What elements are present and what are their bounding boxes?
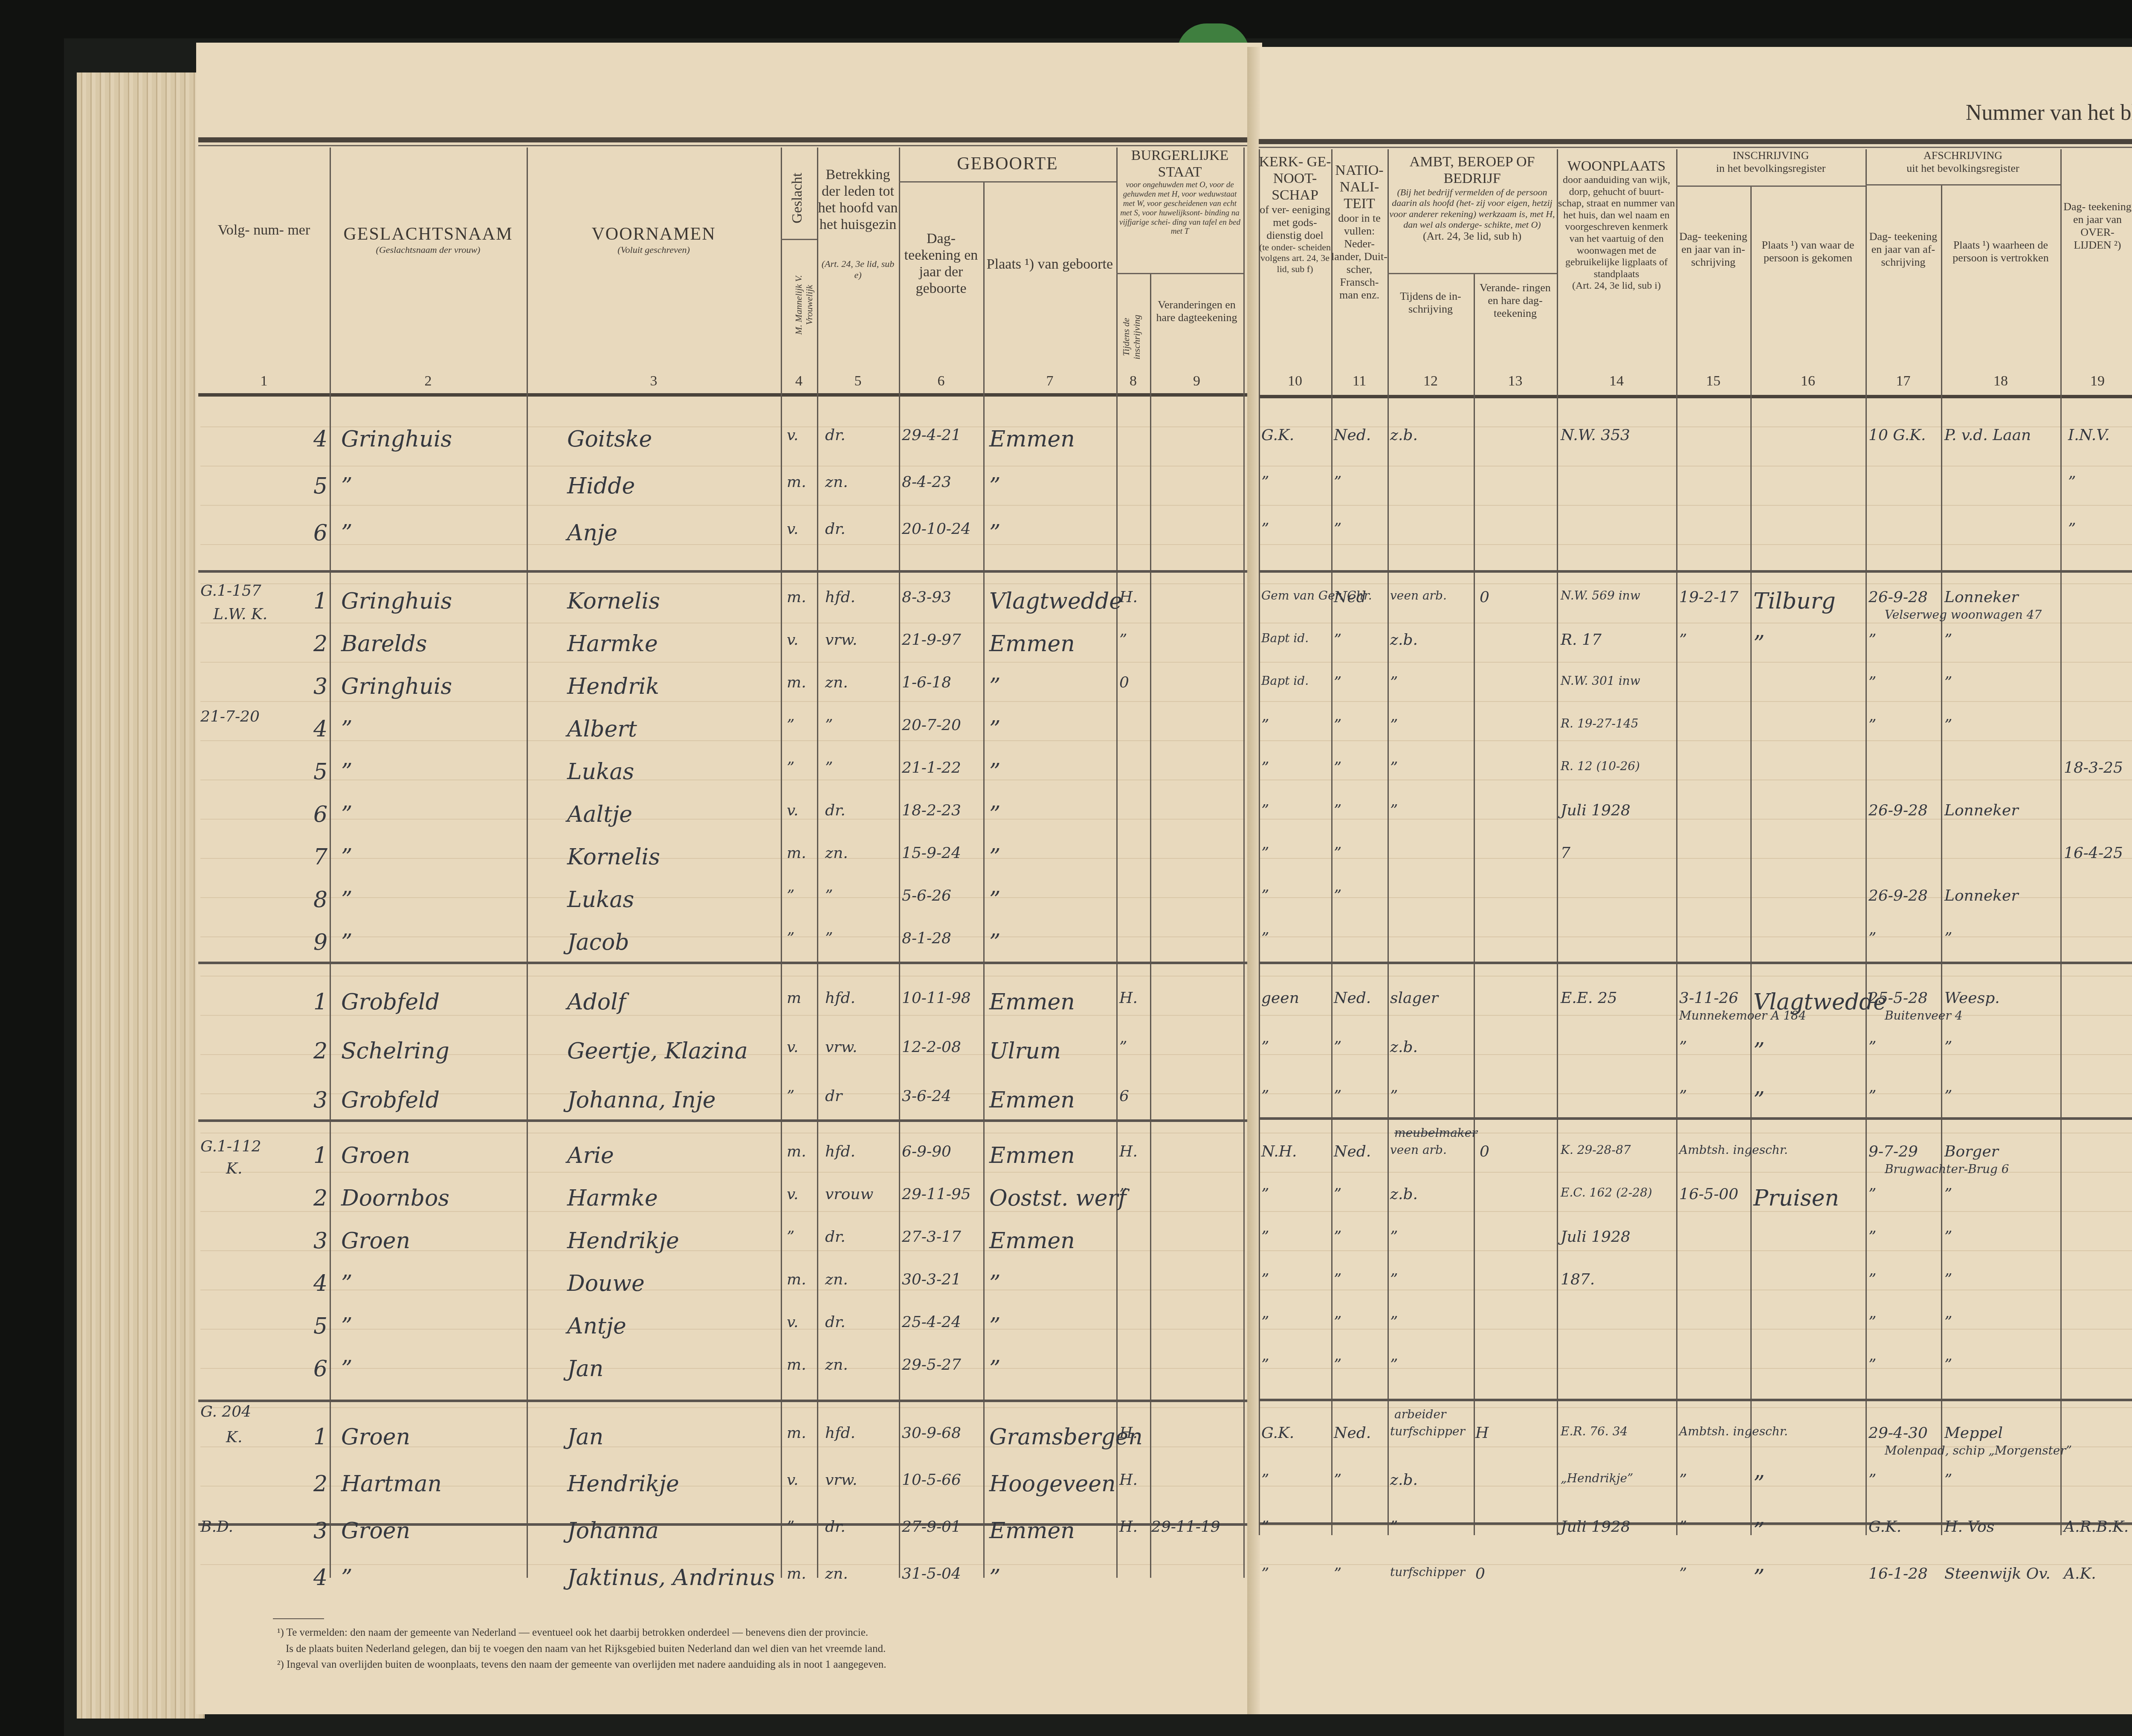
ruled-line: [200, 1329, 1245, 1330]
nationality: ”: [1334, 759, 1341, 777]
occupation: turfschipper: [1390, 1424, 1465, 1438]
birth-date: 31-5-04: [902, 1565, 961, 1582]
inschrijving-address: Munnekemoer A 184: [1679, 1009, 1806, 1023]
church: Bapt id.: [1261, 674, 1309, 688]
nationality: ”: [1334, 1356, 1341, 1374]
surname: Grobfeld: [341, 1087, 440, 1113]
sex: m.: [787, 844, 806, 862]
ruled-line: [200, 1407, 1245, 1408]
given-names: Harmke: [567, 631, 658, 657]
header-col-16: Plaats ¹) van waar de persoon is gekomen: [1750, 239, 1865, 264]
church: ”: [1261, 887, 1269, 904]
row-number: 4: [313, 716, 327, 742]
surname: ”: [341, 1271, 353, 1296]
row-number: 2: [313, 1185, 327, 1211]
header-col-9: Veranderingen en hare dagteekening: [1150, 299, 1243, 324]
ruled-line: [200, 701, 1245, 702]
afschrijving-destination: ”: [1944, 631, 1952, 649]
afschrijving-destination: Meppel: [1944, 1424, 2003, 1442]
afschrijving-date: ”: [1868, 1313, 1876, 1331]
column-divider: [1331, 149, 1332, 1535]
header-col-7: Plaats ¹) van geboorte: [983, 256, 1116, 272]
row-number: 1: [313, 989, 327, 1015]
residence: N.W. 301 inw: [1561, 674, 1640, 688]
relation-to-head: hfd.: [825, 1424, 855, 1442]
header-top-rule-left: [198, 137, 1247, 142]
ruled-line: [1260, 936, 2132, 937]
church: ”: [1261, 759, 1269, 777]
ruled-line: [200, 662, 1245, 663]
birth-date: 29-11-95: [902, 1185, 971, 1203]
church: ”: [1261, 1038, 1269, 1056]
footnote-2: ²) Ingeval van overlijden buiten de woon…: [277, 1657, 886, 1673]
inschrijving-from: Tilburg: [1753, 588, 1836, 614]
civil-status: ”: [1119, 631, 1127, 649]
church: ”: [1261, 520, 1269, 538]
civil-status: H.: [1119, 1143, 1138, 1160]
column-number-5: 5: [841, 373, 875, 389]
surname: ”: [341, 520, 353, 546]
column-number-1: 1: [247, 373, 281, 389]
column-number-7: 7: [1033, 373, 1067, 389]
surname: Doornbos: [341, 1185, 449, 1211]
surname: ”: [341, 759, 353, 785]
afschrijving-destination: ”: [1944, 1228, 1952, 1246]
residence: 7: [1561, 844, 1570, 862]
surname: Gringhuis: [341, 674, 452, 699]
row-number: 6: [313, 520, 327, 546]
nationality: ”: [1334, 802, 1341, 819]
nationality: ”: [1334, 631, 1341, 649]
inschrijving-date: ”: [1679, 1038, 1687, 1056]
residence: Juli 1928: [1561, 1228, 1631, 1246]
ruled-line: [1260, 780, 2132, 780]
ruled-line: [200, 1290, 1245, 1290]
given-names: Antje: [567, 1313, 626, 1339]
given-names: Lukas: [567, 887, 634, 913]
column-divider: [781, 148, 782, 1578]
sheet-number-label: Nummer van het blad: [1966, 100, 2132, 125]
relation-to-head: ”: [825, 716, 833, 734]
column-number-16: 16: [1791, 373, 1825, 389]
occupation-change: 0: [1480, 1143, 1489, 1160]
relation-to-head: dr.: [825, 520, 846, 538]
birth-place: Oostst. werf: [989, 1185, 1127, 1211]
inschrijving-date: ”: [1679, 1518, 1687, 1536]
header-inschrijving-group: INSCHRIJVINGin het bevolkingsregister: [1676, 149, 1865, 175]
relation-to-head: ”: [825, 759, 833, 777]
church: ”: [1261, 1228, 1269, 1246]
row-number: 5: [313, 759, 327, 785]
column-number-11: 11: [1342, 373, 1376, 389]
column-number-15: 15: [1696, 373, 1730, 389]
birth-date: 1-6-18: [902, 674, 951, 691]
sex: v.: [787, 426, 799, 444]
civil-status: H.: [1119, 1471, 1138, 1489]
church: G.K.: [1261, 426, 1294, 444]
inschrijving-date: ”: [1679, 1471, 1687, 1489]
birth-date: 8-1-28: [902, 930, 951, 947]
afschrijving-date: ”: [1868, 1271, 1876, 1288]
afschrijving-date: 16-1-28: [1868, 1565, 1928, 1582]
civil-status: ”: [1119, 1038, 1127, 1056]
birth-place: ”: [989, 844, 1001, 870]
birth-date: 15-9-24: [902, 844, 961, 862]
header-col-14: WOONPLAATSdoor aanduiding van wijk, dorp…: [1557, 158, 1676, 292]
row-number: 8: [313, 887, 327, 913]
nationality: ”: [1334, 844, 1341, 862]
column-number-8: 8: [1116, 373, 1150, 389]
column-number-10: 10: [1278, 373, 1312, 389]
sex: v.: [787, 520, 799, 538]
occupation: ”: [1390, 802, 1398, 819]
church: ”: [1261, 1313, 1269, 1331]
birth-date: 5-6-26: [902, 887, 951, 904]
row-number: 4: [313, 1565, 327, 1591]
civil-status-change: 29-11-19: [1151, 1518, 1220, 1536]
birth-date: 12-2-08: [902, 1038, 961, 1056]
ruled-line: [1260, 662, 2132, 663]
afschrijving-destination: ”: [1944, 1356, 1952, 1374]
ruled-line: [1260, 544, 2132, 545]
birth-date: 27-9-01: [902, 1518, 961, 1536]
surname: ”: [341, 802, 353, 827]
occupation: z.b.: [1390, 1185, 1418, 1203]
column-divider: [1116, 148, 1118, 1578]
birth-place: ”: [989, 716, 1001, 742]
ruled-line: [1260, 976, 2132, 977]
relation-to-head: dr.: [825, 802, 846, 819]
relation-to-head: vrw.: [825, 1038, 857, 1056]
civil-status: ”: [1119, 1185, 1127, 1203]
book-gutter: [1247, 47, 1260, 1714]
surname: Hartman: [341, 1471, 442, 1497]
occupation-mark: 0: [1475, 1565, 1485, 1582]
nationality: ”: [1334, 1471, 1341, 1489]
given-names: Jacob: [567, 930, 629, 955]
birth-place: Emmen: [989, 989, 1075, 1015]
afschrijving-date: ”: [1868, 1185, 1876, 1203]
header-col-5: Betrekking der leden tot het hoofd van h…: [817, 166, 899, 280]
ruled-line: [200, 936, 1245, 937]
relation-to-head: ”: [825, 930, 833, 947]
ruled-line: [200, 1368, 1245, 1369]
given-names: Kornelis: [567, 844, 660, 870]
header-top-thin-left: [198, 145, 1247, 146]
birth-place: ”: [989, 520, 1001, 546]
section-divider-4-right: [1259, 1399, 2132, 1401]
ruled-line: [200, 1133, 1245, 1133]
relation-to-head: dr.: [825, 1228, 846, 1246]
header-col-8: Tijdens de inschrijving: [1121, 299, 1142, 375]
row-number: 9: [313, 930, 327, 955]
birth-date: 8-3-93: [902, 588, 951, 606]
inschrijving-date: Ambtsh. ingeschr.: [1679, 1143, 1788, 1157]
column-divider: [1557, 149, 1558, 1535]
ruled-line: [1260, 701, 2132, 702]
ruled-line: [1260, 1407, 2132, 1408]
relation-to-head: zn.: [825, 1565, 848, 1582]
section-divider-1-left: [198, 570, 1247, 573]
inschrijving-from: ”: [1753, 631, 1765, 657]
footnotes: ¹) Te vermelden: den naam der gemeente v…: [277, 1625, 886, 1673]
relation-to-head: hfd.: [825, 588, 855, 606]
sex: v.: [787, 802, 799, 819]
given-names: Arie: [567, 1143, 614, 1168]
occupation: ”: [1390, 1356, 1398, 1374]
ruled-line: [200, 1211, 1245, 1212]
column-divider: [1941, 185, 1942, 1535]
header-col-17: Dag- teekening en jaar van af- schrijvin…: [1865, 230, 1941, 269]
birth-place: Emmen: [989, 1143, 1075, 1168]
margin-note: L.W. K.: [213, 606, 267, 623]
occupation: slager: [1390, 989, 1438, 1007]
column-divider: [1865, 149, 1867, 1535]
given-names: Johanna, Inje: [567, 1087, 716, 1113]
given-names: Jan: [567, 1356, 603, 1382]
inschrijving-date: ”: [1679, 631, 1687, 649]
given-names: Anje: [567, 520, 617, 546]
ruled-line: [200, 623, 1245, 623]
ruled-line: [200, 544, 1245, 545]
nationality: ”: [1334, 473, 1341, 491]
nationality: Ned.: [1334, 426, 1371, 444]
sex: v.: [787, 1313, 799, 1331]
birth-date: 10-11-98: [902, 989, 971, 1007]
birth-date: 20-10-24: [902, 520, 971, 538]
given-names: Adolf: [567, 989, 626, 1015]
civil-status: H.: [1119, 989, 1138, 1007]
afschrijving-subrule: [1865, 184, 2060, 185]
sex: ”: [787, 716, 794, 734]
surname: ”: [341, 844, 353, 870]
ruled-line: [1260, 623, 2132, 623]
row-number: 4: [313, 1271, 327, 1296]
surname: ”: [341, 716, 353, 742]
ruled-line: [200, 819, 1245, 820]
nationality: ”: [1334, 520, 1341, 538]
birth-place: Emmen: [989, 1087, 1075, 1113]
afschrijving-date: 25-5-28: [1868, 989, 1928, 1007]
sex: m: [787, 989, 801, 1007]
sex: v.: [787, 1038, 799, 1056]
relation-to-head: hfd.: [825, 1143, 855, 1160]
remarks-code: I.N.V.: [2068, 426, 2109, 444]
nationality: ”: [1334, 1313, 1341, 1331]
afschrijving-date: ”: [1868, 930, 1876, 947]
row-number: 2: [313, 1471, 327, 1497]
geboorte-subrule: [899, 181, 1116, 183]
nationality: Ned.: [1334, 1424, 1371, 1442]
column-divider: [2060, 149, 2062, 1535]
header-col-4-sub: M. Mannelijk V. Vrouwelijk: [793, 256, 815, 354]
occupation: veen arb.: [1390, 588, 1447, 603]
section-divider-2-right: [1259, 962, 2132, 964]
afschrijving-destination: H. Vos: [1944, 1518, 1994, 1536]
header-afschrijving-group: AFSCHRIJVINGuit het bevolkingsregister: [1865, 149, 2060, 175]
left-page: [196, 43, 1262, 1714]
sex: v.: [787, 631, 799, 649]
row-number: 2: [313, 631, 327, 657]
church: ”: [1261, 1471, 1269, 1489]
nationality: ”: [1334, 1228, 1341, 1246]
row-number: 1: [313, 1143, 327, 1168]
church: geen: [1261, 989, 1299, 1007]
birth-place: Emmen: [989, 1228, 1075, 1254]
column-divider: [1474, 274, 1475, 1535]
afschrijving-date: ”: [1868, 716, 1876, 734]
relation-to-head: vrw.: [825, 631, 857, 649]
sex: m.: [787, 588, 806, 606]
afschrijving-address: Velserweg woonwagen 47: [1885, 608, 2042, 622]
margin-note: K.: [226, 1429, 242, 1446]
residence: R. 17: [1561, 631, 1602, 649]
surname: Groen: [341, 1518, 410, 1544]
birth-date: 20-7-20: [902, 716, 961, 734]
column-number-17: 17: [1886, 373, 1921, 389]
relation-to-head: ”: [825, 887, 833, 904]
column-number-19: 19: [2080, 373, 2115, 389]
header-col-4: Geslacht: [789, 162, 805, 235]
relation-to-head: hfd.: [825, 989, 855, 1007]
birth-date: 25-4-24: [902, 1313, 961, 1331]
occupation: turfschipper: [1390, 1565, 1465, 1579]
column-divider: [1388, 149, 1389, 1535]
birth-place: ”: [989, 759, 1001, 785]
relation-to-head: zn.: [825, 844, 848, 862]
afschrijving-destination: ”: [1944, 1038, 1952, 1056]
church: ”: [1261, 1185, 1269, 1203]
inschrijving-from: ”: [1753, 1471, 1765, 1497]
occupation: z.b.: [1390, 1471, 1418, 1489]
nationality: ”: [1334, 1565, 1341, 1582]
surname: ”: [341, 930, 353, 955]
column-number-3: 3: [637, 373, 671, 389]
header-col-12: Tijdens de in- schrijving: [1388, 290, 1474, 316]
header-col-19: Dag- teekening en jaar van OVER- LIJDEN …: [2060, 200, 2132, 252]
sex: ”: [787, 1228, 794, 1246]
column-number-2: 2: [411, 373, 445, 389]
afschrijving-destination: Lonneker: [1944, 887, 2019, 904]
header-col-6: Dag- teekening en jaar der geboorte: [899, 230, 983, 297]
nationality: Ned.: [1334, 1143, 1371, 1160]
given-names: Johanna: [567, 1518, 659, 1544]
row-number: 3: [313, 674, 327, 699]
row-number: 6: [313, 1356, 327, 1382]
surname: ”: [341, 887, 353, 913]
given-names: Jaktinus, Andrinus: [567, 1565, 775, 1591]
occupation-mark: H: [1475, 1424, 1489, 1442]
death-date: A.K.: [2064, 1565, 2096, 1582]
birth-place: ”: [989, 802, 1001, 827]
church: ”: [1261, 1565, 1269, 1582]
ruled-line: [200, 897, 1245, 898]
birth-place: ”: [989, 887, 1001, 913]
occupation: ”: [1390, 1313, 1398, 1331]
afschrijving-destination: Lonneker: [1944, 802, 2019, 819]
given-names: Harmke: [567, 1185, 658, 1211]
death-date: 16-4-25: [2064, 844, 2123, 862]
margin-note: G.1-157: [200, 582, 261, 600]
afschrijving-destination: Borger: [1944, 1143, 1999, 1160]
residence: Juli 1928: [1561, 1518, 1631, 1536]
afschrijving-date: ”: [1868, 1038, 1876, 1056]
header-col-3: VOORNAMEN(Voluit geschreven): [527, 224, 781, 255]
civil-status: 6: [1119, 1087, 1129, 1105]
inschrijving-date: 19-2-17: [1679, 588, 1738, 606]
margin-note: K.: [226, 1160, 242, 1177]
civil-status: H.: [1119, 1518, 1138, 1536]
birth-date: 8-4-23: [902, 473, 951, 491]
ruled-line: [200, 1172, 1245, 1173]
occupation: ”: [1390, 1228, 1398, 1246]
header-col-18: Plaats ¹) waarheen de persoon is vertrok…: [1941, 239, 2060, 264]
residence: Juli 1928: [1561, 802, 1631, 819]
relation-to-head: dr.: [825, 426, 846, 444]
row-number: 1: [313, 588, 327, 614]
birth-date: 30-9-68: [902, 1424, 961, 1442]
afschrijving-destination: ”: [1944, 1313, 1952, 1331]
given-names: Goitske: [567, 426, 652, 452]
header-col-1: Volg- num- mer: [198, 222, 330, 238]
inschrijving-from: ”: [1753, 1038, 1765, 1064]
sex: v.: [787, 1471, 799, 1489]
birth-date: 27-3-17: [902, 1228, 961, 1246]
row-number: 7: [313, 844, 327, 870]
header-geboorte-group: GEBOORTE: [899, 154, 1116, 174]
ruled-line: [200, 466, 1245, 467]
nationality: ”: [1334, 716, 1341, 734]
residence: E.E. 25: [1561, 989, 1617, 1007]
birth-place: ”: [989, 1356, 1001, 1382]
header-burgerlijke-staat-group: BURGERLIJKE STAATvoor ongehuwden met O, …: [1116, 147, 1243, 236]
birth-place: ”: [989, 674, 1001, 699]
afschrijving-destination: ”: [1944, 1087, 1952, 1105]
header-col-11: NATIO- NALI- TEITdoor in te vullen: Nede…: [1331, 162, 1388, 301]
given-names: Hidde: [567, 473, 635, 499]
nationality: Ned.: [1334, 989, 1371, 1007]
sex: ”: [787, 887, 794, 904]
ruled-line: [200, 1015, 1245, 1016]
column-number-14: 14: [1599, 373, 1634, 389]
residence: R. 19-27-145: [1561, 716, 1639, 730]
column-divider: [1150, 274, 1151, 1578]
afschrijving-date: ”: [1868, 1356, 1876, 1374]
surname: Grobfeld: [341, 989, 440, 1015]
ruled-line: [1260, 740, 2132, 741]
afschrijving-destination: ”: [1944, 1185, 1952, 1203]
given-names: Douwe: [567, 1271, 645, 1296]
afschrijving-destination: Lonneker: [1944, 588, 2019, 606]
nationality: ”: [1334, 1087, 1341, 1105]
occupation: z.b.: [1390, 631, 1418, 649]
afschrijving-destination: Steenwijk Ov.: [1944, 1565, 2051, 1582]
surname: ”: [341, 1356, 353, 1382]
column-number-6: 6: [924, 373, 958, 389]
ruled-line: [1260, 466, 2132, 467]
afschrijving-date: 26-9-28: [1868, 802, 1928, 819]
page-stack-edge: [77, 72, 205, 1719]
birth-date: 18-2-23: [902, 802, 961, 819]
ruled-line: [1260, 858, 2132, 859]
church: ”: [1261, 716, 1269, 734]
residence: N.W. 569 inw: [1561, 588, 1640, 603]
nationality: Ned: [1334, 588, 1366, 606]
sex: m.: [787, 1271, 806, 1288]
occupation-correction: arbeider: [1394, 1407, 1446, 1421]
occupation: ”: [1390, 1087, 1398, 1105]
birth-place: ”: [989, 1313, 1001, 1339]
